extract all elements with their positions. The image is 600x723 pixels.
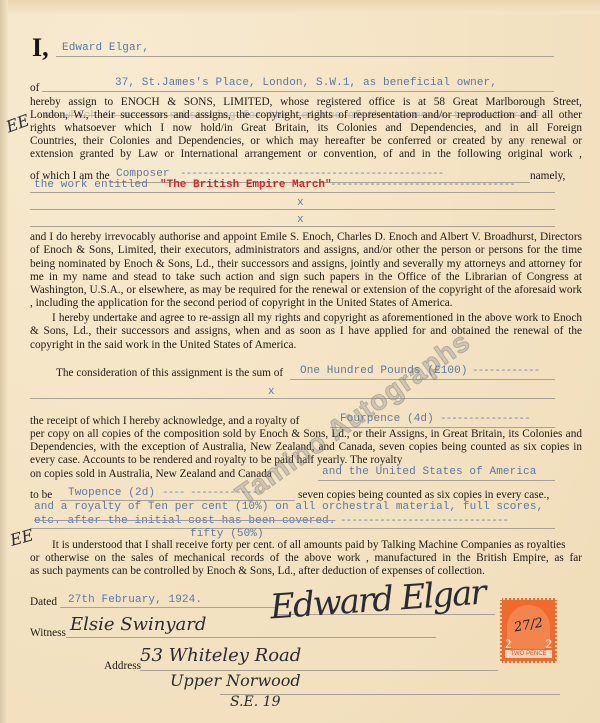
talking-machine-line2: or otherwise on the sales of mechanical …	[30, 552, 582, 565]
stamp-label: TWO PENCE	[505, 650, 552, 658]
document-page: I, Edward Elgar, of 37, St.James's Place…	[0, 0, 600, 723]
witness-rule	[66, 637, 436, 638]
blank-rule-2	[30, 226, 555, 227]
addition-dashes: ------------------------------	[340, 515, 508, 527]
consideration-dashes: ------------	[472, 365, 539, 377]
para1-line5: extension granted by Law or Internationa…	[30, 148, 582, 161]
para1-line2: London, W., their successors and assigns…	[30, 109, 582, 122]
usa-typed-addition: and the United States of America	[322, 466, 536, 478]
blank-rule-1	[30, 209, 555, 210]
witness-address-line2: Upper Norwood	[170, 671, 301, 690]
talking-machine-line1: It is understood that I shall receive fo…	[30, 539, 560, 552]
typed-addition-2: etc. after the initial cost has been cov…	[34, 515, 336, 527]
work-prefix: the work entitled	[34, 179, 148, 191]
x-mark-2: x	[297, 214, 304, 226]
assignor-address: 37, St.James's Place, London, S.W.1, as …	[115, 77, 497, 89]
royalty-dashes: ----------------	[440, 413, 530, 425]
para1-line4: Countries, their Colonies and Dependenci…	[30, 135, 582, 148]
address-rule	[42, 91, 554, 92]
of-label: of	[30, 82, 39, 95]
witness-label: Witness	[30, 627, 66, 640]
elgar-signature: Edward Elgar	[269, 573, 486, 628]
work-title: "The British Empire March"	[160, 179, 332, 191]
dated-value: 27th February, 1924.	[68, 594, 202, 606]
revenue-stamp: 2 2 27/2 TWO PENCE	[500, 598, 557, 663]
blank-rule-3	[30, 398, 555, 399]
x-mark-3: x	[268, 386, 275, 398]
usa-rule	[318, 480, 555, 481]
title-dashes: ---------------------------------	[330, 179, 515, 191]
typed-addition-1: and a royalty of Ten per cent (10%) on a…	[34, 501, 543, 513]
x-mark-1: x	[297, 197, 304, 209]
role-suffix: namely,	[530, 170, 565, 183]
title-rule	[30, 192, 555, 193]
dated-label: Dated	[30, 596, 57, 609]
receipt-label: the receipt of which I hereby acknowledg…	[30, 415, 299, 428]
power-of-attorney-paragraph: and I do hereby irrevocably authorise an…	[30, 231, 582, 311]
paper-edge	[0, 0, 600, 14]
witness-address-line3: S.E. 19	[230, 694, 280, 710]
addition-rule	[30, 528, 555, 529]
para1-line3: rights whatsoever which I now hold/in Gr…	[30, 122, 582, 135]
witness-address-line1: 53 Whiteley Road	[140, 645, 301, 666]
dated-rule	[60, 607, 275, 608]
tobe-value: Twopence (2d)	[68, 487, 155, 499]
witness-signature: Elsie Swinyard	[70, 614, 206, 635]
paper-edge-left	[0, 0, 8, 723]
reassign-paragraph: I hereby undertake and agree to re-assig…	[30, 312, 582, 352]
address-label: Address	[104, 660, 141, 673]
royalty-last-line: on copies sold in Australia, New Zealand…	[30, 468, 272, 481]
para1-line1: hereby assign to ENOCH & SONS, LIMITED, …	[30, 96, 582, 109]
opening-I: I,	[32, 33, 49, 63]
name-rule	[56, 56, 554, 57]
assignor-name: Edward Elgar,	[62, 42, 149, 54]
consideration-label: The consideration of this assignment is …	[56, 367, 283, 380]
